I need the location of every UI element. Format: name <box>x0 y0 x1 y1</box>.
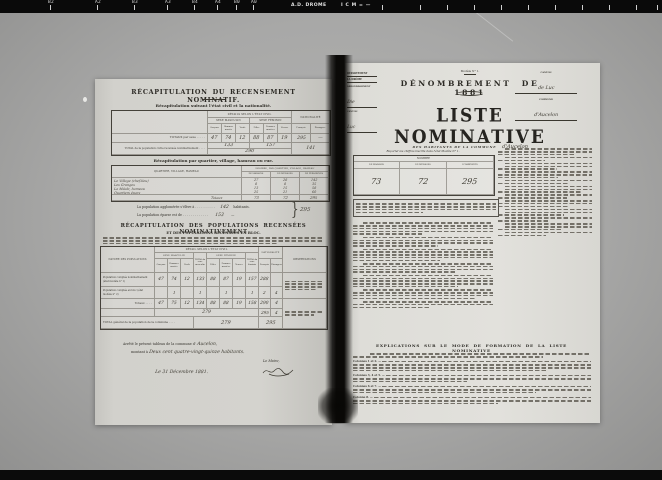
recap2-subtitle: Récapitulation par quartier, village, ha… <box>105 158 322 163</box>
agglomeree-value: 142 <box>219 205 228 210</box>
header-nationalite: NATIONALITÉ <box>259 247 283 259</box>
ruler-tick <box>134 5 135 10</box>
book-spine-shadow-foot <box>318 388 358 424</box>
value: 288 <box>260 277 269 282</box>
value: 19 <box>281 135 288 141</box>
value: 25 <box>254 190 259 194</box>
value: 47 <box>158 277 164 282</box>
microfilm-scan: A.D. DROME I C M = — B2A2B3A3B4A4B0A0 RÉ… <box>0 0 662 480</box>
paragraph <box>498 148 592 155</box>
paragraph: Colonne 8. — <box>353 396 591 399</box>
col-veuves: Veuves <box>278 124 292 134</box>
row1-label: Population comptée nominativement (état … <box>101 273 155 287</box>
certification-line1: Arrêté le présent tableau de la commune … <box>123 342 217 347</box>
menages-value: 72 <box>417 177 428 186</box>
totaux-label: Totaux . . . . <box>101 299 155 309</box>
paragraph <box>498 223 592 225</box>
ruler-tick <box>609 5 610 10</box>
subtotal-masculin: 133 <box>224 143 234 148</box>
value: 74 <box>171 277 177 282</box>
paragraph <box>498 209 592 211</box>
paragraph <box>498 186 592 188</box>
col-habitants: D'HABITANTS <box>447 162 494 169</box>
maisons-value: 73 <box>371 177 382 186</box>
ruler-tick <box>501 5 502 10</box>
ruler-tick <box>636 5 637 10</box>
nature-header: NATURE DES POPULATIONS <box>101 247 155 273</box>
value: 87 <box>223 277 229 282</box>
model-label: Modèle N° 1. <box>440 69 500 73</box>
paragraph-body <box>353 378 591 382</box>
paragraph <box>353 289 493 299</box>
value: 1 <box>172 290 175 295</box>
paragraph <box>498 163 592 165</box>
value: 88 <box>210 277 216 282</box>
value: 1 <box>198 290 201 295</box>
ruler-label: B0 <box>234 0 240 5</box>
col: Veuves <box>233 259 246 273</box>
recap3-table: NATURE DES POPULATIONS DÉTAIL SELON L'ÉT… <box>100 246 328 330</box>
value: 157 <box>247 277 256 282</box>
paragraph-body <box>353 400 591 404</box>
value: 88 <box>223 301 229 306</box>
value: 1 <box>250 290 253 295</box>
value: 47 <box>211 135 218 141</box>
total-general-value: 279 <box>221 320 231 326</box>
right-page-liste-nominative: DÉPARTEMENT LA DRÔME ARRONDISSEMENT Die … <box>345 63 600 423</box>
totals-label: Totaux <box>211 196 223 200</box>
note-box <box>353 199 499 217</box>
ruler-label: A2 <box>95 0 101 5</box>
col: Hommes mariés <box>168 259 181 273</box>
left-page-recapitulation: RÉCAPITULATION DU RECENSEMENT NOMINATIF.… <box>95 79 332 425</box>
recap3-subtitle: ET DES POPULATIONS RECENSÉES EN BLOC. <box>100 231 327 235</box>
paragraph <box>353 249 493 262</box>
value: 4 <box>275 301 278 306</box>
paragraph-body <box>353 389 591 393</box>
total-general-nationalite: 295 <box>265 320 275 326</box>
value: 2 <box>263 290 266 295</box>
col-francais: Français <box>292 124 311 134</box>
col-veufs: Veufs <box>236 124 250 134</box>
header-observations: OBSERVATIONS <box>283 247 327 273</box>
ruler-tick <box>217 5 218 10</box>
recap2-table: QUARTIER, VILLAGE, HAMEAU NOMBRE, PAR QU… <box>111 165 330 202</box>
paragraph: Colonnes 1 et 2. — <box>353 360 591 363</box>
value: 74 <box>225 135 232 141</box>
recap1-subtitle: Récapitulation suivant l'état civil et l… <box>105 103 322 108</box>
value: 295 <box>296 136 305 141</box>
value: 21 <box>283 190 288 194</box>
col-maisons: DE MAISONS <box>354 162 400 169</box>
ruler-tick <box>447 5 448 10</box>
total-population-value: 295 <box>300 207 311 213</box>
ruler-label: A4 <box>215 0 221 5</box>
row-total-label: TOTAL de la population civile recensée n… <box>112 143 208 155</box>
total-maisons: 73 <box>253 195 258 200</box>
total-brace: } <box>291 199 299 219</box>
habitants-value: 295 <box>462 177 478 186</box>
ruler-tick <box>382 5 383 10</box>
paragraph <box>353 301 493 308</box>
paragraph <box>498 194 592 198</box>
value: 133 <box>195 277 204 282</box>
paragraph <box>498 200 592 207</box>
paragraph <box>498 189 592 193</box>
value: 19 <box>236 301 242 306</box>
ruler-tick <box>236 5 237 10</box>
col-hommes-maries: Hommes mariés <box>222 124 236 134</box>
header-quartier: QUARTIER, VILLAGE, HAMEAU <box>112 166 242 178</box>
paragraph <box>353 263 493 273</box>
paragraph <box>498 157 592 161</box>
paragraph <box>353 237 493 247</box>
ruler-label: A3 <box>165 0 171 5</box>
value: 12 <box>184 301 190 306</box>
total-menages: 72 <box>282 195 287 200</box>
canton-field-value: de Luc <box>537 86 554 91</box>
value: 87 <box>267 135 274 141</box>
certification-line2: montant à Deux cent quatre-vingt-quinze … <box>131 350 245 355</box>
intermediate-francais: 295 <box>260 310 269 315</box>
ruler-label: B2 <box>48 0 54 5</box>
total-feminin-header: TOTAL du sexe féminin <box>246 253 259 273</box>
grand-total: 290 <box>245 149 255 154</box>
value: 19 <box>236 277 242 282</box>
eparse-value: 153 <box>215 213 224 218</box>
observations-note <box>285 310 324 317</box>
ruler-tick <box>657 5 658 10</box>
ruler-tick <box>253 5 254 10</box>
title-flourish <box>203 99 225 100</box>
value: 60 <box>311 190 318 194</box>
total-personnes: 295 <box>310 195 318 200</box>
book-spine-shadow <box>325 55 353 423</box>
col: Garçons <box>155 259 168 273</box>
row-totaux-label: TOTAUX par sexe . . . . . <box>112 134 208 143</box>
ruler-tick <box>420 5 421 10</box>
nombre-table: NOMBRE DE MAISONS DE MÉNAGES D'HABITANTS… <box>353 155 495 196</box>
value: 88 <box>253 135 260 141</box>
intermediate-etrangers: 4 <box>275 310 278 315</box>
value: 88 <box>210 301 216 306</box>
col-femmes-mariees: Femmes mariées <box>264 124 278 134</box>
ruler-label: B4 <box>192 0 198 5</box>
ruler-tick <box>194 5 195 10</box>
value: 12 <box>239 135 246 141</box>
value: 158 <box>247 301 256 306</box>
paragraph <box>353 353 591 357</box>
ruler-tick <box>582 5 583 10</box>
nationalite-total: 141 <box>306 146 316 151</box>
subtotal-feminin: 157 <box>266 143 276 148</box>
maire-signature <box>261 365 295 377</box>
population-eparse-line: La population éparse est de . . . . . . … <box>137 213 234 218</box>
recap1-table: DÉTAILS SELON L'ÉTAT CIVIL NATIONALITÉ S… <box>111 110 331 156</box>
paragraph: Colonnes 6 et 7. — <box>353 385 591 388</box>
total-general-label: TOTAL général de la population de la com… <box>101 317 194 329</box>
paragraph <box>498 171 592 178</box>
col-filles: Filles <box>250 124 264 134</box>
film-bottom-band <box>0 470 662 480</box>
paragraph-body <box>353 364 591 371</box>
col: Étrangers <box>271 259 283 273</box>
paragraph <box>498 226 592 230</box>
ruler-tick <box>555 5 556 10</box>
value: — <box>317 136 322 141</box>
nota-paragraph <box>103 236 324 246</box>
maire-label: Le Maire, <box>263 359 280 363</box>
ruler-tick <box>167 5 168 10</box>
ruler-tick <box>50 5 51 10</box>
archive-label: A.D. DROME <box>291 3 327 8</box>
value: 75 <box>171 301 177 306</box>
ruler-tick <box>528 5 529 10</box>
paragraph <box>498 166 592 170</box>
ruler-tick <box>474 5 475 10</box>
paragraph <box>498 180 592 184</box>
report-caption: Reporter les chiffres inscrits dans l'ét… <box>353 149 493 153</box>
col-garcons: Garçons <box>208 124 222 134</box>
total-masculin-header: TOTAL du sexe masculin <box>194 253 207 273</box>
col: Filles <box>207 259 220 273</box>
paragraph <box>498 232 592 236</box>
col-menages: DE MÉNAGES <box>400 162 447 169</box>
paragraph <box>353 222 493 235</box>
value: 290 <box>260 301 269 306</box>
col: Français <box>259 259 271 273</box>
paragraph <box>498 212 592 216</box>
scale-label: I C M = — <box>341 3 371 8</box>
left-column-text <box>353 221 493 309</box>
row2-label: Population comptée en bloc (état modèle … <box>101 287 155 299</box>
value: 12 <box>184 277 190 282</box>
paragraph <box>353 275 493 288</box>
certification-date: Le 31 Décembre 1881. <box>155 358 208 377</box>
paragraph: Colonnes 3, 4 et 5. — <box>353 374 591 377</box>
film-ruler-strip: A.D. DROME I C M = — B2A2B3A3B4A4B0A0 <box>0 0 662 13</box>
col: Femmes mariées <box>220 259 233 273</box>
header-details: DÉTAILS SELON L'ÉTAT CIVIL <box>208 111 292 118</box>
right-column-text <box>498 147 592 237</box>
dust-speck <box>83 97 87 102</box>
value: 47 <box>158 301 164 306</box>
value: 4 <box>275 290 278 295</box>
ruler-tick <box>97 5 98 10</box>
paragraph <box>498 217 592 221</box>
population-agglomeree-line: La population agglomérée s'élève à . . .… <box>137 205 250 210</box>
col: Veufs <box>181 259 194 273</box>
value: 134 <box>195 301 204 306</box>
explications-text: Colonnes 1 et 2. — Colonnes 3, 4 et 5. —… <box>353 352 591 406</box>
ruler-label: B3 <box>132 0 138 5</box>
observations-note <box>285 279 324 291</box>
intermediate-total: 279 <box>202 310 211 315</box>
ruler-label: A0 <box>251 0 257 5</box>
title-flourish <box>457 91 483 96</box>
value: 1 <box>224 290 227 295</box>
